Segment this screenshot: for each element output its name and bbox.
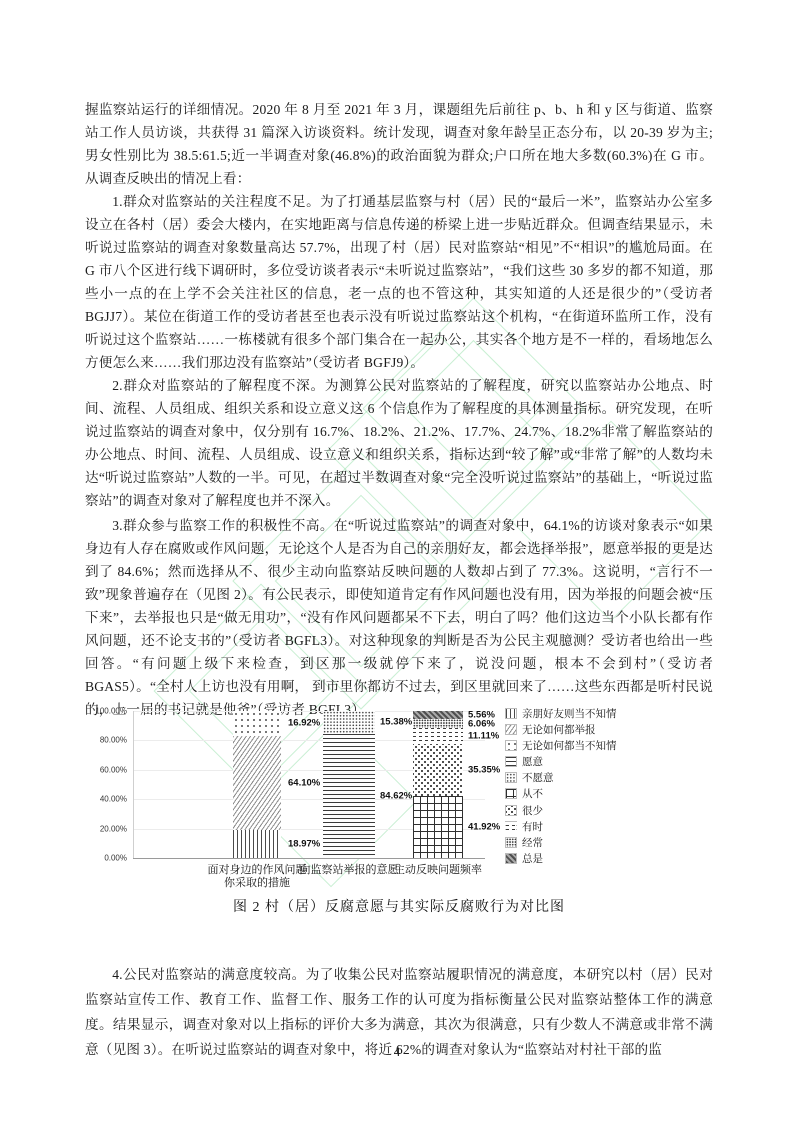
chart-segment [413,796,463,858]
figure-2-chart: 图 2 村（居）反腐意愿与其实际反腐败行为对比图 100.00%80.00%60… [85,700,713,922]
legend-item: 亲朋好友则当不知情 [505,708,617,719]
y-axis-tick-label: 60.00% [85,765,127,774]
legend-label: 很少 [522,803,543,818]
legend-label: 总是 [522,851,543,866]
legend-label: 经常 [522,835,543,850]
legend-swatch-icon [505,788,517,799]
y-axis-tick-label: 80.00% [85,736,127,745]
chart-data-label: 11.11% [468,731,499,742]
legend-swatch-icon [505,756,517,767]
y-axis-tick-label: 20.00% [85,824,127,833]
paragraph-point-2: 2.群众对监察站的了解程度不深。为测算公民对监察站的了解程度，研究以监察站办公地… [85,374,713,512]
chart-legend: 亲朋好友则当不知情无论如何都举报无论如何都当不知情愿意不愿意从不很少有时经常总是 [505,708,617,869]
chart-data-label: 64.10% [288,778,320,789]
legend-swatch-icon [505,724,517,735]
legend-label: 愿意 [522,754,543,769]
legend-item: 无论如何都举报 [505,724,617,735]
chart-gridline [133,858,485,859]
y-axis-line [133,711,134,858]
paragraph-point-1: 1.群众对监察站的关注程度不足。为了打通基层监察与村（居）民的“最后一米”，监察… [85,190,713,374]
y-axis-tick-label: 100.00% [85,707,127,716]
legend-swatch-icon [505,853,517,864]
legend-swatch-icon [505,821,517,832]
legend-item: 很少 [505,804,617,815]
legend-swatch-icon [505,837,517,848]
legend-item: 无论如何都当不知情 [505,740,617,751]
legend-label: 无论如何都举报 [522,722,596,737]
legend-item: 从不 [505,788,617,799]
legend-label: 有时 [522,819,543,834]
y-axis-tick-label: 40.00% [85,795,127,804]
chart-segment [233,736,281,830]
y-axis-tick-label: 0.00% [85,854,127,863]
chart-segment [413,711,463,719]
chart-segment [233,830,281,858]
chart-segment [413,744,463,796]
paragraph-continuation: 握监察站运行的详细情况。2020 年 8 月至 2021 年 3 月，课题组先后… [85,98,713,190]
legend-swatch-icon [505,740,517,751]
chart-segment [413,719,463,728]
chart-data-label: 15.38% [380,717,412,728]
chart-data-label: 84.62% [380,790,412,801]
legend-item: 不愿意 [505,772,617,783]
legend-label: 无论如何都当不知情 [522,738,617,753]
legend-label: 不愿意 [522,770,554,785]
legend-item: 总是 [505,853,617,864]
chart-segment [413,728,463,744]
chart-data-label: 35.35% [468,765,500,776]
chart-data-label: 5.56% [468,710,495,721]
legend-item: 愿意 [505,756,617,767]
legend-swatch-icon [505,805,517,816]
chart-data-label: 41.92% [468,822,500,833]
chart-data-label: 18.97% [288,839,320,850]
figure-caption: 图 2 村（居）反腐意愿与其实际反腐败行为对比图 [85,896,713,916]
chart-segment [323,711,375,734]
chart-category-label: 主动反映问题频率 [363,864,513,877]
chart-data-label: 16.92% [288,718,320,729]
page-number: 4 [0,1044,794,1060]
legend-label: 亲朋好友则当不知情 [522,706,617,721]
chart-segment [323,734,375,858]
legend-item: 经常 [505,837,617,848]
legend-label: 从不 [522,786,543,801]
document-page: 握监察站运行的详细情况。2020 年 8 月至 2021 年 3 月，课题组先后… [0,0,794,1123]
chart-segment [233,711,281,736]
legend-swatch-icon [505,772,517,783]
legend-item: 有时 [505,821,617,832]
legend-swatch-icon [505,708,517,719]
paragraph-point-3: 3.群众参与监察工作的积极性不高。在“听说过监察站”的调查对象中，64.1%的访… [85,514,713,721]
